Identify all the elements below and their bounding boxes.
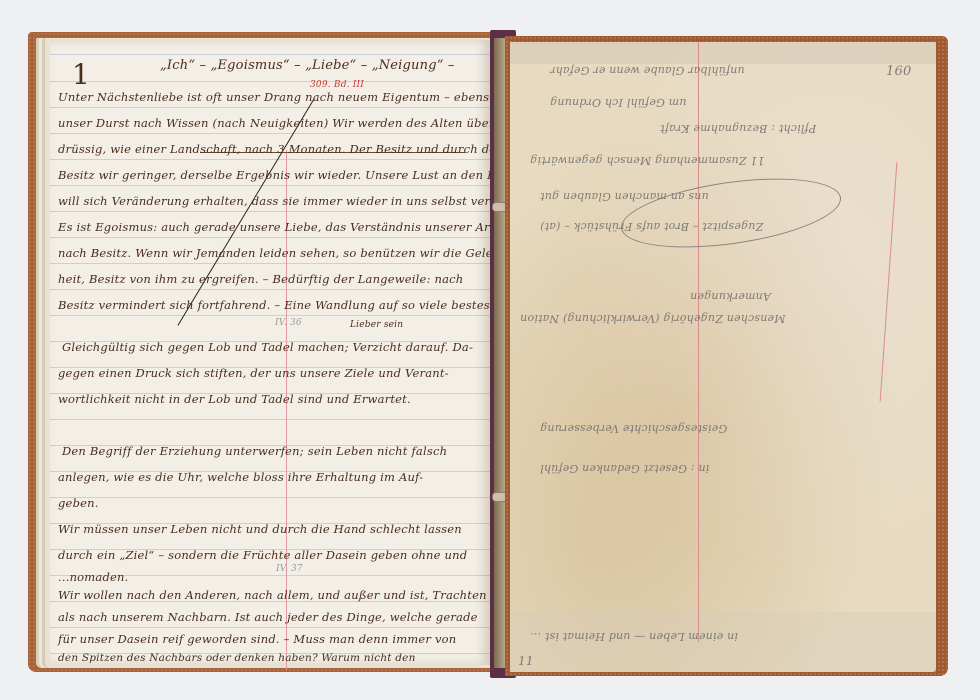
text-line: anlegen, wie es die Uhr, welche bloss ih… bbox=[58, 470, 423, 484]
pencil-line: Menschen Zugehörig (Verwirklichung) Nati… bbox=[520, 312, 786, 325]
pencil-line: 11 Zusammenhang Mensch gegenwärtig bbox=[530, 154, 765, 167]
text-line: Unter Nächstenliebe ist oft unser Drang … bbox=[58, 90, 496, 104]
text-line: Wir müssen unser Leben nicht und durch d… bbox=[58, 522, 462, 536]
left-page: 1 „Ich“ – „Egoismus“ – „Liebe“ – „Neigun… bbox=[50, 40, 490, 665]
text-line: Besitz vermindert sich fortfahrend. – Ei… bbox=[58, 298, 515, 312]
paper-tape bbox=[510, 42, 936, 64]
pencil-line: Anmerkungen bbox=[690, 290, 771, 303]
text-line: drüssig, wie einer Landschaft, nach 3 Mo… bbox=[58, 142, 504, 156]
bottom-page-number: 11 bbox=[518, 654, 534, 668]
text-line: Besitz wir geringer, derselbe Ergebnis w… bbox=[58, 168, 530, 182]
text-line: den Spitzen des Nachbars oder denken hab… bbox=[58, 652, 416, 664]
strike-line bbox=[178, 98, 316, 326]
text-line: gegen einen Druck sich stiften, der uns … bbox=[58, 366, 449, 380]
pencil-line: in : Gesetzt Gedanken Gefühl bbox=[540, 462, 709, 475]
page-title: „Ich“ – „Egoismus“ – „Liebe“ – „Neigung“… bbox=[160, 58, 455, 73]
annotation: IV. 36 bbox=[275, 318, 302, 328]
text-line: als nach unserem Nachbarn. Ist auch jede… bbox=[58, 610, 478, 624]
margin-note-red: 309. Bd. III bbox=[310, 80, 364, 90]
pencil-line: in einem Leben — und Heimat ist ... bbox=[530, 630, 738, 643]
right-page: 160 11 unfühlbar Glaube wenn er Gefahr u… bbox=[510, 42, 936, 672]
text-line: für unser Dasein reif geworden sind. – M… bbox=[58, 632, 456, 646]
text-line: nach Besitz. Wenn wir Jemanden leiden se… bbox=[58, 246, 519, 260]
text-line: Wir wollen nach den Anderen, nach allem,… bbox=[58, 588, 487, 602]
text-line: Den Begriff der Erziehung unterwerfen; s… bbox=[62, 444, 447, 458]
text-line: durch ein „Ziel“ – sondern die Früchte a… bbox=[58, 548, 467, 562]
text-line: wortlichkeit nicht in der Lob und Tadel … bbox=[58, 392, 411, 406]
text-line: Es ist Egoismus: auch gerade unsere Lieb… bbox=[58, 220, 515, 234]
pencil-loop bbox=[617, 167, 845, 259]
margin-rule bbox=[880, 162, 898, 401]
page-number: 160 bbox=[886, 64, 911, 79]
annotation: IV. 37 bbox=[276, 564, 303, 574]
page-number: 1 bbox=[72, 58, 90, 91]
text-line: will sich Veränderung erhalten, dass sie… bbox=[58, 194, 542, 208]
pencil-line: Pflicht : Bezugnahme Kraft bbox=[660, 122, 816, 135]
pencil-line: Geistesgeschichte Verbesserung bbox=[540, 422, 727, 435]
text-line: unser Durst nach Wissen (nach Neuigkeite… bbox=[58, 116, 498, 130]
text-line: geben. bbox=[58, 496, 99, 510]
text-line: ...nomaden. bbox=[58, 570, 129, 584]
pencil-line: um Gefühl Ich Ordnung bbox=[550, 96, 686, 109]
text-line: heit, Besitz von ihm zu ergreifen. – Bed… bbox=[58, 272, 463, 286]
pencil-line: unfühlbar Glaube wenn er Gefahr bbox=[550, 64, 745, 77]
text-line: Gleichgültig sich gegen Lob und Tadel ma… bbox=[62, 340, 473, 354]
notebook-spread: 1 „Ich“ – „Egoismus“ – „Liebe“ – „Neigun… bbox=[0, 0, 980, 700]
annotation: Lieber sein bbox=[350, 320, 403, 330]
